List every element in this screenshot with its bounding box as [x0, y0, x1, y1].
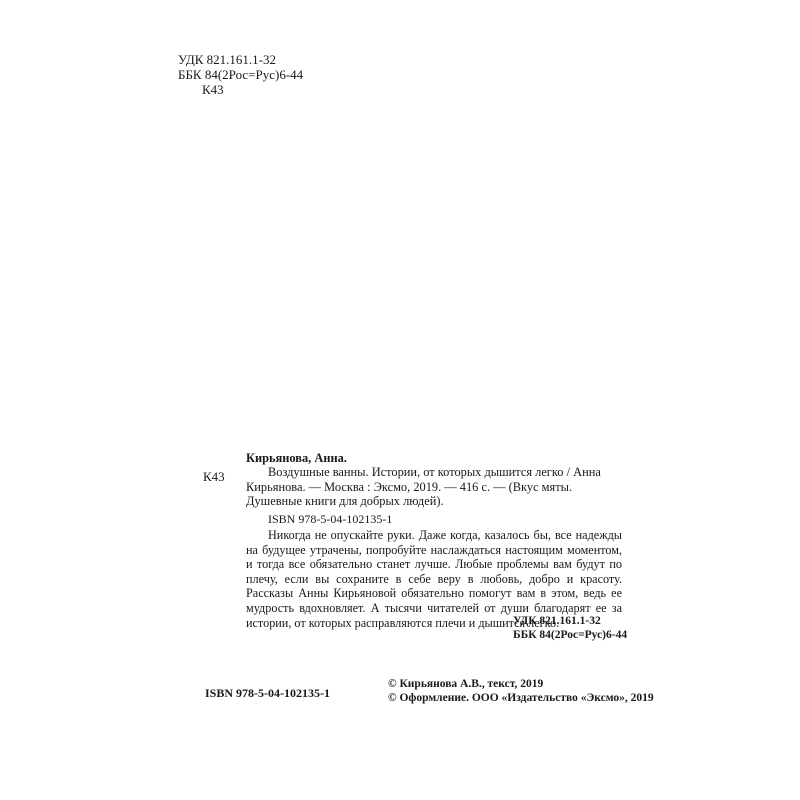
entry-author-mark: К43	[203, 469, 225, 485]
classification-codes-footer: УДК 821.161.1-32 ББК 84(2Рос=Рус)6-44	[513, 614, 627, 642]
entry-description: Воздушные ванны. Истории, от которых дыш…	[246, 465, 622, 508]
bibliographic-entry: Кирьянова, Анна. Воздушные ванны. Истори…	[246, 451, 622, 526]
copyright-design: © Оформление. ООО «Издательство «Эксмо»,…	[388, 691, 654, 705]
bbk-code: ББК 84(2Рос=Рус)6-44	[178, 67, 303, 82]
udk-code-bottom: УДК 821.161.1-32	[513, 614, 627, 628]
footer-isbn: ISBN 978-5-04-102135-1	[205, 686, 330, 701]
entry-author: Кирьянова, Анна.	[246, 451, 622, 465]
entry-isbn: ISBN 978-5-04-102135-1	[246, 512, 622, 526]
udk-code: УДК 821.161.1-32	[178, 52, 303, 67]
copyright-block: © Кирьянова А.В., текст, 2019 © Оформлен…	[388, 677, 654, 705]
author-mark: К43	[178, 82, 303, 97]
copyright-text: © Кирьянова А.В., текст, 2019	[388, 677, 654, 691]
bbk-code-bottom: ББК 84(2Рос=Рус)6-44	[513, 628, 627, 642]
classification-codes-header: УДК 821.161.1-32 ББК 84(2Рос=Рус)6-44 К4…	[178, 52, 303, 97]
